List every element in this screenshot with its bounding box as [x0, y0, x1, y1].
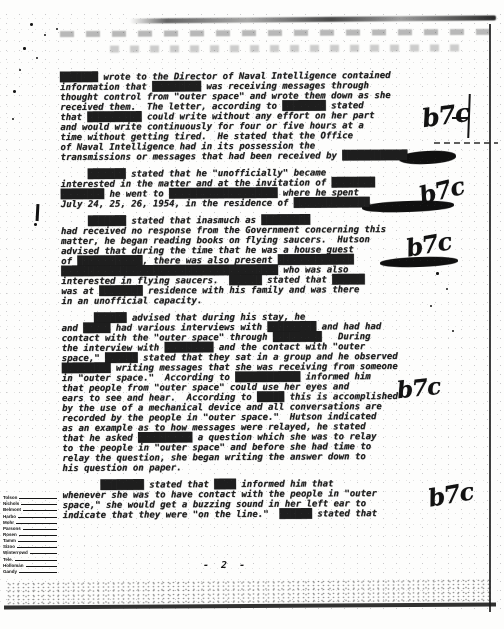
routing-stamp-blank-line — [19, 535, 57, 536]
routing-stamp-name: Tamm — [3, 538, 16, 543]
text-line: in an unofficial capacity. — [61, 295, 441, 307]
text-line: his question on paper. — [62, 462, 442, 474]
routing-stamp-blank-line — [16, 523, 57, 524]
ink-speck — [23, 47, 26, 50]
ink-speck — [19, 69, 21, 71]
routing-stamp-name: Mohr — [3, 520, 14, 525]
handwritten-b7c-annotation: b7c — [396, 373, 442, 404]
routing-stamp-row: Gandy — [3, 568, 58, 574]
routing-stamp-name: Tolson — [3, 495, 17, 500]
routing-stamp-blank-line — [18, 517, 57, 518]
ink-speck — [452, 330, 454, 332]
routing-stamp-blank-line — [17, 547, 57, 548]
text-line: transmissions or messages that had been … — [60, 151, 440, 163]
routing-stamp-name: Nichols — [3, 501, 19, 506]
page-right-border-line — [489, 24, 491, 612]
routing-stamp-name: Sizoo — [3, 544, 15, 549]
left-margin-ink-dot — [34, 223, 37, 226]
paragraph: ███████ wrote to the Director of Naval I… — [60, 71, 441, 163]
handwritten-b7c-annotation: b7c — [420, 98, 471, 133]
fbi-routing-stamp: TolsonNicholsBelmontHarboMohrParsonsRose… — [3, 494, 58, 574]
ink-speck — [446, 288, 448, 290]
paragraph: ████████ stated that ████ informed him t… — [62, 479, 442, 521]
routing-stamp-name: Rosen — [3, 532, 17, 537]
handwritten-b7c-annotation: b7c — [426, 476, 475, 512]
page-number: - 2 - — [203, 560, 248, 572]
routing-stamp-name: Harbo — [3, 514, 16, 519]
routing-stamp-blank-line — [26, 566, 57, 567]
paragraph: ███████ stated that inasmuch as ████████… — [61, 215, 442, 307]
routing-stamp-blank-line — [19, 572, 57, 573]
ink-speck — [36, 57, 38, 59]
scan-bottom-noise-band — [6, 578, 492, 604]
routing-stamp-blank-line — [23, 529, 57, 530]
left-margin-ink-mark — [36, 204, 39, 221]
routing-stamp-name: Parsons — [3, 526, 21, 531]
page-bottom-border-line — [4, 602, 496, 609]
ink-speck — [12, 118, 14, 120]
routing-stamp-name: Belmont — [3, 507, 21, 512]
routing-stamp-name: Holloman — [3, 563, 24, 568]
text-line: July 24, 25, 26, 1954, in the residence … — [61, 198, 441, 210]
ink-speck — [56, 28, 58, 30]
scan-top-smudge-band-2 — [60, 29, 490, 37]
routing-stamp-blank-line — [19, 498, 57, 499]
paragraph: ███████ stated that he "unofficially" be… — [61, 168, 441, 210]
ink-speck — [30, 23, 33, 26]
routing-stamp-blank-line — [15, 560, 57, 561]
routing-stamp-name: Gandy — [3, 569, 17, 574]
routing-stamp-blank-line — [30, 553, 57, 554]
scan-top-smudge-band — [130, 15, 496, 23]
margin-dash-artifact — [434, 142, 498, 144]
letter-body: ███████ wrote to the Director of Naval I… — [60, 71, 443, 528]
routing-stamp-blank-line — [23, 510, 57, 511]
paragraph: ██████ advised that during his stay, hea… — [61, 312, 442, 474]
routing-stamp-blank-line — [21, 504, 57, 505]
routing-stamp-name: Winterrowd — [3, 550, 28, 555]
ink-speck — [13, 90, 16, 93]
document-scan: ███████ wrote to the Director of Naval I… — [0, 0, 504, 629]
ink-speck — [44, 34, 46, 36]
scan-top-smudge-band-3 — [110, 44, 470, 52]
routing-stamp-blank-line — [18, 541, 57, 542]
routing-stamp-name: Tele. — [3, 557, 13, 562]
text-line: indicate that they were "on the line." █… — [63, 509, 443, 521]
